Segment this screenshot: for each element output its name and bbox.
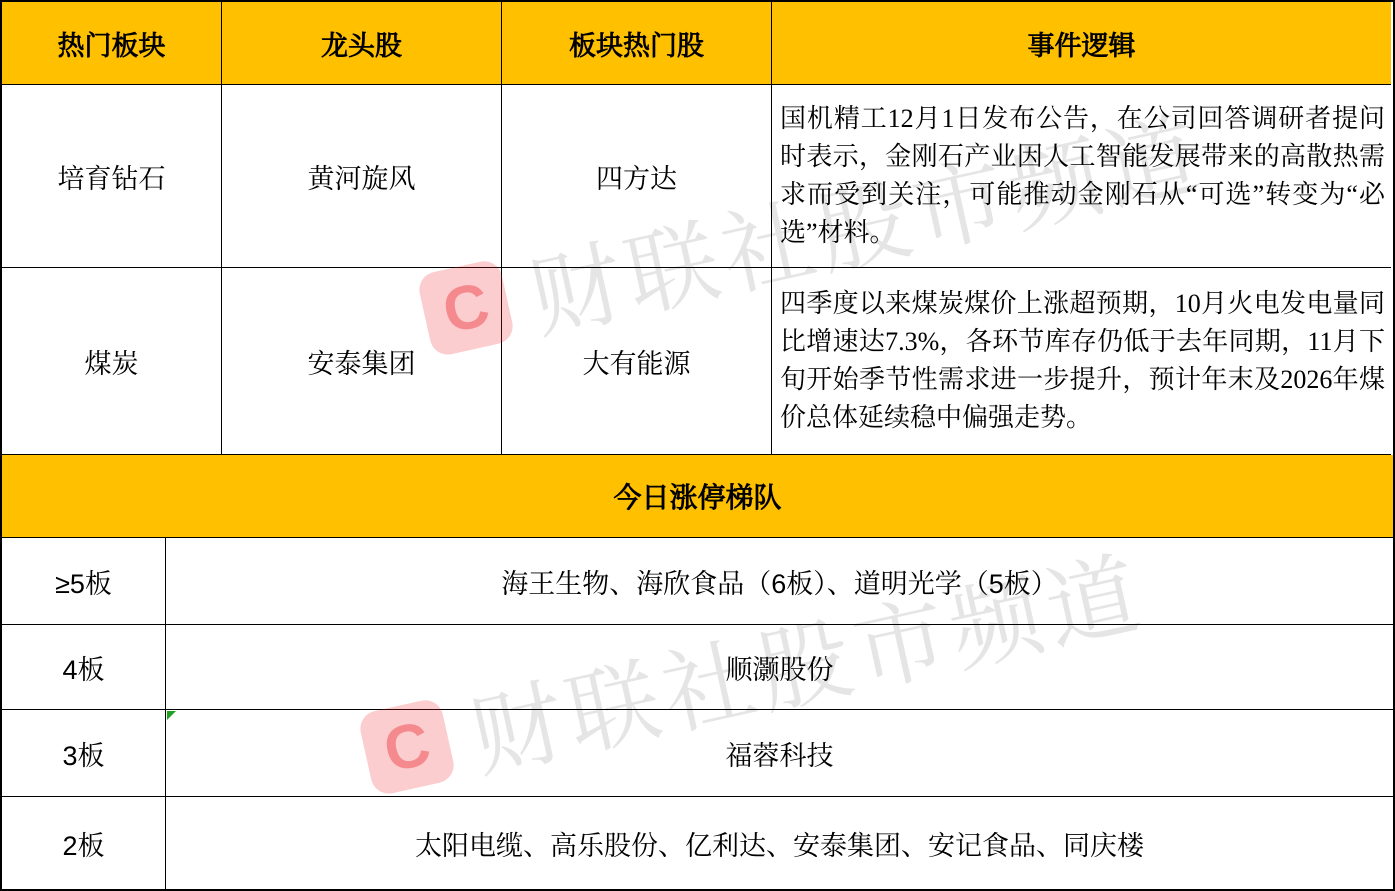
header-leading-stock: 龙头股: [222, 2, 502, 85]
ladder-row: 4板 顺灏股份: [2, 625, 1393, 710]
ladder-stocks-cell: 海王生物、海欣食品（6板）、道明光学（5板）: [166, 538, 1393, 625]
ladder-row: ≥5板 海王生物、海欣食品（6板）、道明光学（5板）: [2, 538, 1393, 625]
leader-cell: 安泰集团: [222, 268, 502, 455]
ladder-tier-cell: ≥5板: [2, 538, 166, 625]
cell-flag-indicator: [167, 711, 176, 720]
ladder-row: 2板 太阳电缆、高乐股份、亿利达、安泰集团、安记食品、同庆楼: [2, 797, 1393, 889]
event-logic-cell: 国机精工12月1日发布公告，在公司回答调研者提问时表示，金刚石产业因人工智能发展…: [772, 85, 1391, 268]
event-logic-cell: 四季度以来煤炭煤价上涨超预期，10月火电发电量同比增速达7.3%，各环节库存仍低…: [772, 268, 1391, 455]
ladder-stocks-cell: 太阳电缆、高乐股份、亿利达、安泰集团、安记食品、同庆楼: [166, 797, 1393, 889]
sector-cell: 煤炭: [2, 268, 222, 455]
table-row: 煤炭 安泰集团 大有能源 四季度以来煤炭煤价上涨超预期，10月火电发电量同比增速…: [2, 268, 1393, 455]
hot-stock-cell: 四方达: [502, 85, 772, 268]
ladder-tier-cell: 2板: [2, 797, 166, 889]
hot-stock-cell: 大有能源: [502, 268, 772, 455]
header-hot-sector: 热门板块: [2, 2, 222, 85]
table-header-row: 热门板块 龙头股 板块热门股 事件逻辑: [2, 2, 1393, 85]
table-row: 培育钻石 黄河旋风 四方达 国机精工12月1日发布公告，在公司回答调研者提问时表…: [2, 85, 1393, 268]
ladder-tier-cell: 4板: [2, 625, 166, 710]
ladder-stocks-cell: 顺灏股份: [166, 625, 1393, 710]
limit-up-ladder-banner: 今日涨停梯队: [2, 455, 1393, 538]
sector-cell: 培育钻石: [2, 85, 222, 268]
banner-title: 今日涨停梯队: [2, 455, 1393, 538]
ladder-stocks-cell: 福蓉科技: [166, 710, 1393, 797]
leader-cell: 黄河旋风: [222, 85, 502, 268]
header-event-logic: 事件逻辑: [772, 2, 1391, 85]
ladder-row: 3板 福蓉科技: [2, 710, 1393, 797]
stock-sector-table: 热门板块 龙头股 板块热门股 事件逻辑 培育钻石 黄河旋风 四方达 国机精工12…: [0, 0, 1395, 891]
ladder-tier-cell: 3板: [2, 710, 166, 797]
header-sector-hot-stock: 板块热门股: [502, 2, 772, 85]
